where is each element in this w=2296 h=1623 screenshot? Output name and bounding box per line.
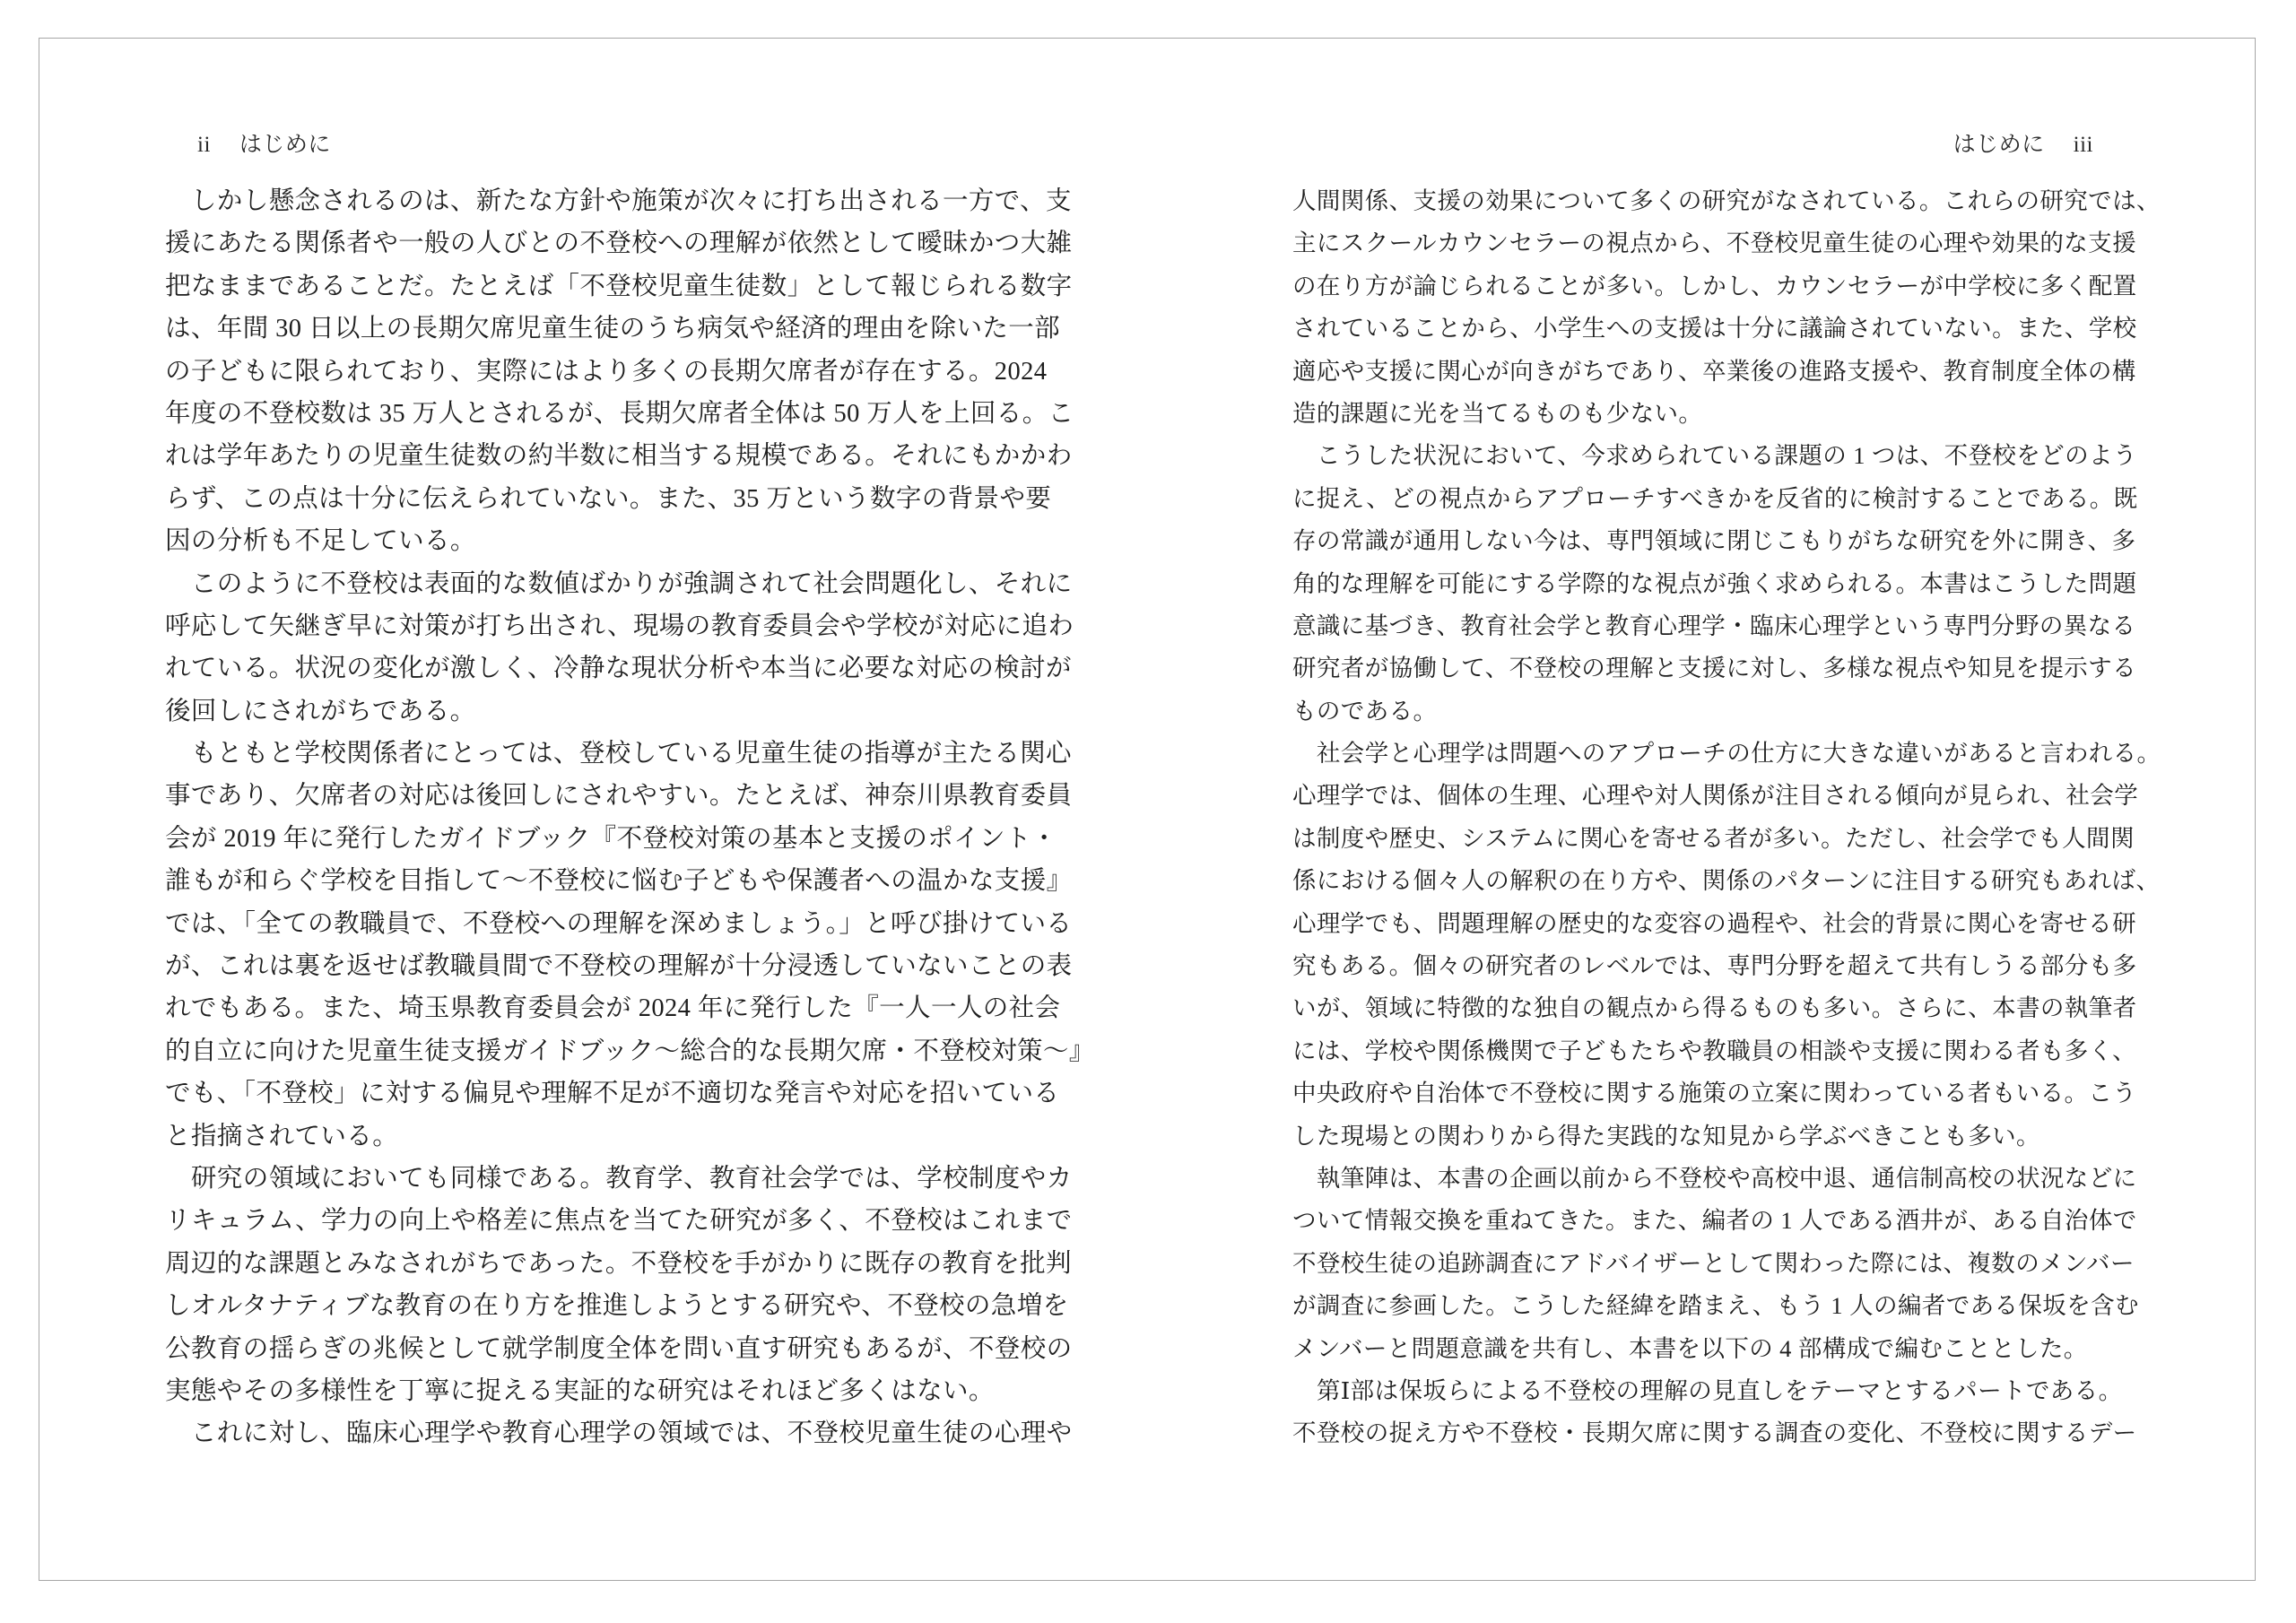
text-line: 研究者が協働して、不登校の理解と支援に対し、多様な視点や知見を提示する [1292,647,2135,690]
text-line: れでもある。また、埼玉県教育委員会が 2024 年に発行した『一人一人の社会 [165,987,1071,1029]
text-line: 造的課題に光を当てるものも少ない。 [1292,393,2135,435]
text-line: 角的な理解を可能にする学際的な視点が強く求められる。本書はこうした問題 [1292,563,2135,605]
text-line: 周辺的な課題とみなされがちであった。不登校を手がかりに既存の教育を批判 [165,1243,1071,1285]
text-line: 後回しにされがちである。 [165,690,1071,733]
text-line: 係における個々人の解釈の在り方や、関係のパターンに注目する研究もあれば、 [1292,860,2135,902]
text-line: 社会学と心理学は問題へのアプローチの仕方に大きな違いがあると言われる。 [1292,733,2135,775]
text-line: しオルタナティブな教育の在り方を推進しようとする研究や、不登校の急増を [165,1285,1071,1327]
text-line: 存の常識が通用しない今は、専門領域に閉じこもりがちな研究を外に開き、多 [1292,520,2135,562]
text-line: では、「全ての教職員で、不登校への理解を深めましょう。」と呼び掛けている [165,903,1071,945]
text-line: でも、「不登校」に対する偏見や理解不足が不適切な発言や対応を招いている [165,1072,1071,1115]
text-line: 人間関係、支援の効果について多くの研究がなされている。これらの研究では、 [1292,180,2135,222]
text-line: 主にスクールカウンセラーの視点から、不登校児童生徒の心理や効果的な支援 [1292,222,2135,265]
text-line: 誰もが和らぐ学校を目指して～不登校に悩む子どもや保護者への温かな支援』 [165,860,1071,902]
text-line: 不登校の捉え方や不登校・長期欠席に関する調査の変化、不登校に関するデー [1292,1412,2135,1454]
text-line: 因の分析も不足している。 [165,520,1071,562]
text-line: れは学年あたりの児童生徒数の約半数に相当する規模である。それにもかかわ [165,435,1071,477]
running-head-title-right: はじめに [1953,133,2045,157]
text-line: 把なままであることだ。たとえば「不登校児童生徒数」として報じられる数字 [165,265,1071,308]
text-line: 意識に基づき、教育社会学と教育心理学・臨床心理学という専門分野の異なる [1292,605,2135,647]
text-line: 第Ⅰ部は保坂らによる不登校の理解の見直しをテーマとするパートである。 [1292,1370,2135,1412]
text-line: と指摘されている。 [165,1115,1071,1158]
text-line: リキュラム、学力の向上や格差に焦点を当てた研究が多く、不登校はこれまで [165,1200,1071,1242]
text-line: には、学校や関係機関で子どもたちや教職員の相談や支援に関わる者も多く、 [1292,1030,2135,1072]
text-line: に捉え、どの視点からアプローチすべきかを反省的に検討することである。既 [1292,478,2135,520]
text-line: 的自立に向けた児童生徒支援ガイドブック～総合的な長期欠席・不登校対策～』 [165,1030,1071,1072]
text-line: 呼応して矢継ぎ早に対策が打ち出され、現場の教育委員会や学校が対応に追わ [165,605,1071,647]
text-line: このように不登校は表面的な数値ばかりが強調されて社会問題化し、それに [165,563,1071,605]
body-text-right-page: 人間関係、支援の効果について多くの研究がなされている。これらの研究では、主にスク… [1292,180,2135,1455]
text-line: は、年間 30 日以上の長期欠席児童生徒のうち病気や経済的理由を除いた一部 [165,308,1071,350]
text-line: いが、領域に特徴的な独自の観点から得るものも多い。さらに、本書の執筆者 [1292,987,2135,1029]
text-line: これに対し、臨床心理学や教育心理学の領域では、不登校児童生徒の心理や [165,1412,1071,1454]
text-line: 公教育の揺らぎの兆候として就学制度全体を問い直す研究もあるが、不登校の [165,1328,1071,1370]
text-line: ものである。 [1292,690,2135,733]
text-line: 実態やその多様性を丁寧に捉える実証的な研究はそれほど多くはない。 [165,1370,1071,1412]
text-line: 心理学でも、問題理解の歴史的な変容の過程や、社会的背景に関心を寄せる研 [1292,903,2135,945]
text-line: 適応や支援に関心が向きがちであり、卒業後の進路支援や、教育制度全体の構 [1292,351,2135,393]
text-line: れている。状況の変化が激しく、冷静な現状分析や本当に必要な対応の検討が [165,647,1071,690]
text-line: 事であり、欠席者の対応は後回しにされやすい。たとえば、神奈川県教育委員 [165,775,1071,817]
text-line: が調査に参画した。こうした経緯を踏まえ、もう 1 人の編者である保坂を含む [1292,1285,2135,1327]
text-line: 究もある。個々の研究者のレベルでは、専門分野を超えて共有しうる部分も多 [1292,945,2135,987]
text-line: ついて情報交換を重ねてきた。また、編者の 1 人である酒井が、ある自治体で [1292,1200,2135,1242]
text-line: 研究の領域においても同様である。教育学、教育社会学では、学校制度やカ [165,1158,1071,1200]
body-text-left-page: しかし懸念されるのは、新たな方針や施策が次々に打ち出される一方で、支援にあたる関… [165,180,1071,1455]
running-head-right: はじめにiii [1953,131,2093,160]
text-line: しかし懸念されるのは、新たな方針や施策が次々に打ち出される一方で、支 [165,180,1071,222]
text-line: もともと学校関係者にとっては、登校している児童生徒の指導が主たる関心 [165,733,1071,775]
text-line: こうした状況において、今求められている課題の 1 つは、不登校をどのよう [1292,435,2135,477]
text-line: は制度や歴史、システムに関心を寄せる者が多い。ただし、社会学でも人間関 [1292,818,2135,860]
page-number-right: iii [2074,133,2093,157]
text-line: らず、この点は十分に伝えられていない。また、35 万という数字の背景や要 [165,478,1071,520]
book-spread-frame: iiはじめに はじめにiii しかし懸念されるのは、新たな方針や施策が次々に打ち… [39,38,2256,1581]
page-number-left: ii [197,133,211,157]
text-line: メンバーと問題意識を共有し、本書を以下の 4 部構成で編むこととした。 [1292,1328,2135,1370]
text-line: 会が 2019 年に発行したガイドブック『不登校対策の基本と支援のポイント・ [165,818,1071,860]
text-line: の子どもに限られており、実際にはより多くの長期欠席者が存在する。2024 [165,351,1071,393]
text-line: 年度の不登校数は 35 万人とされるが、長期欠席者全体は 50 万人を上回る。こ [165,393,1071,435]
text-line: 中央政府や自治体で不登校に関する施策の立案に関わっている者もいる。こう [1292,1072,2135,1115]
text-line: 心理学では、個体の生理、心理や対人関係が注目される傾向が見られ、社会学 [1292,775,2135,817]
text-line: 執筆陣は、本書の企画以前から不登校や高校中退、通信制高校の状況などに [1292,1158,2135,1200]
text-line: 不登校生徒の追跡調査にアドバイザーとして関わった際には、複数のメンバー [1292,1243,2135,1285]
text-line: が、これは裏を返せば教職員間で不登校の理解が十分浸透していないことの表 [165,945,1071,987]
text-line: 援にあたる関係者や一般の人びとの不登校への理解が依然として曖昧かつ大雑 [165,222,1071,265]
running-head-title-left: はじめに [239,133,331,157]
text-line: されていることから、小学生への支援は十分に議論されていない。また、学校 [1292,308,2135,350]
running-head-left: iiはじめに [197,131,331,160]
text-line: の在り方が論じられることが多い。しかし、カウンセラーが中学校に多く配置 [1292,265,2135,308]
text-line: した現場との関わりから得た実践的な知見から学ぶべきことも多い。 [1292,1115,2135,1158]
